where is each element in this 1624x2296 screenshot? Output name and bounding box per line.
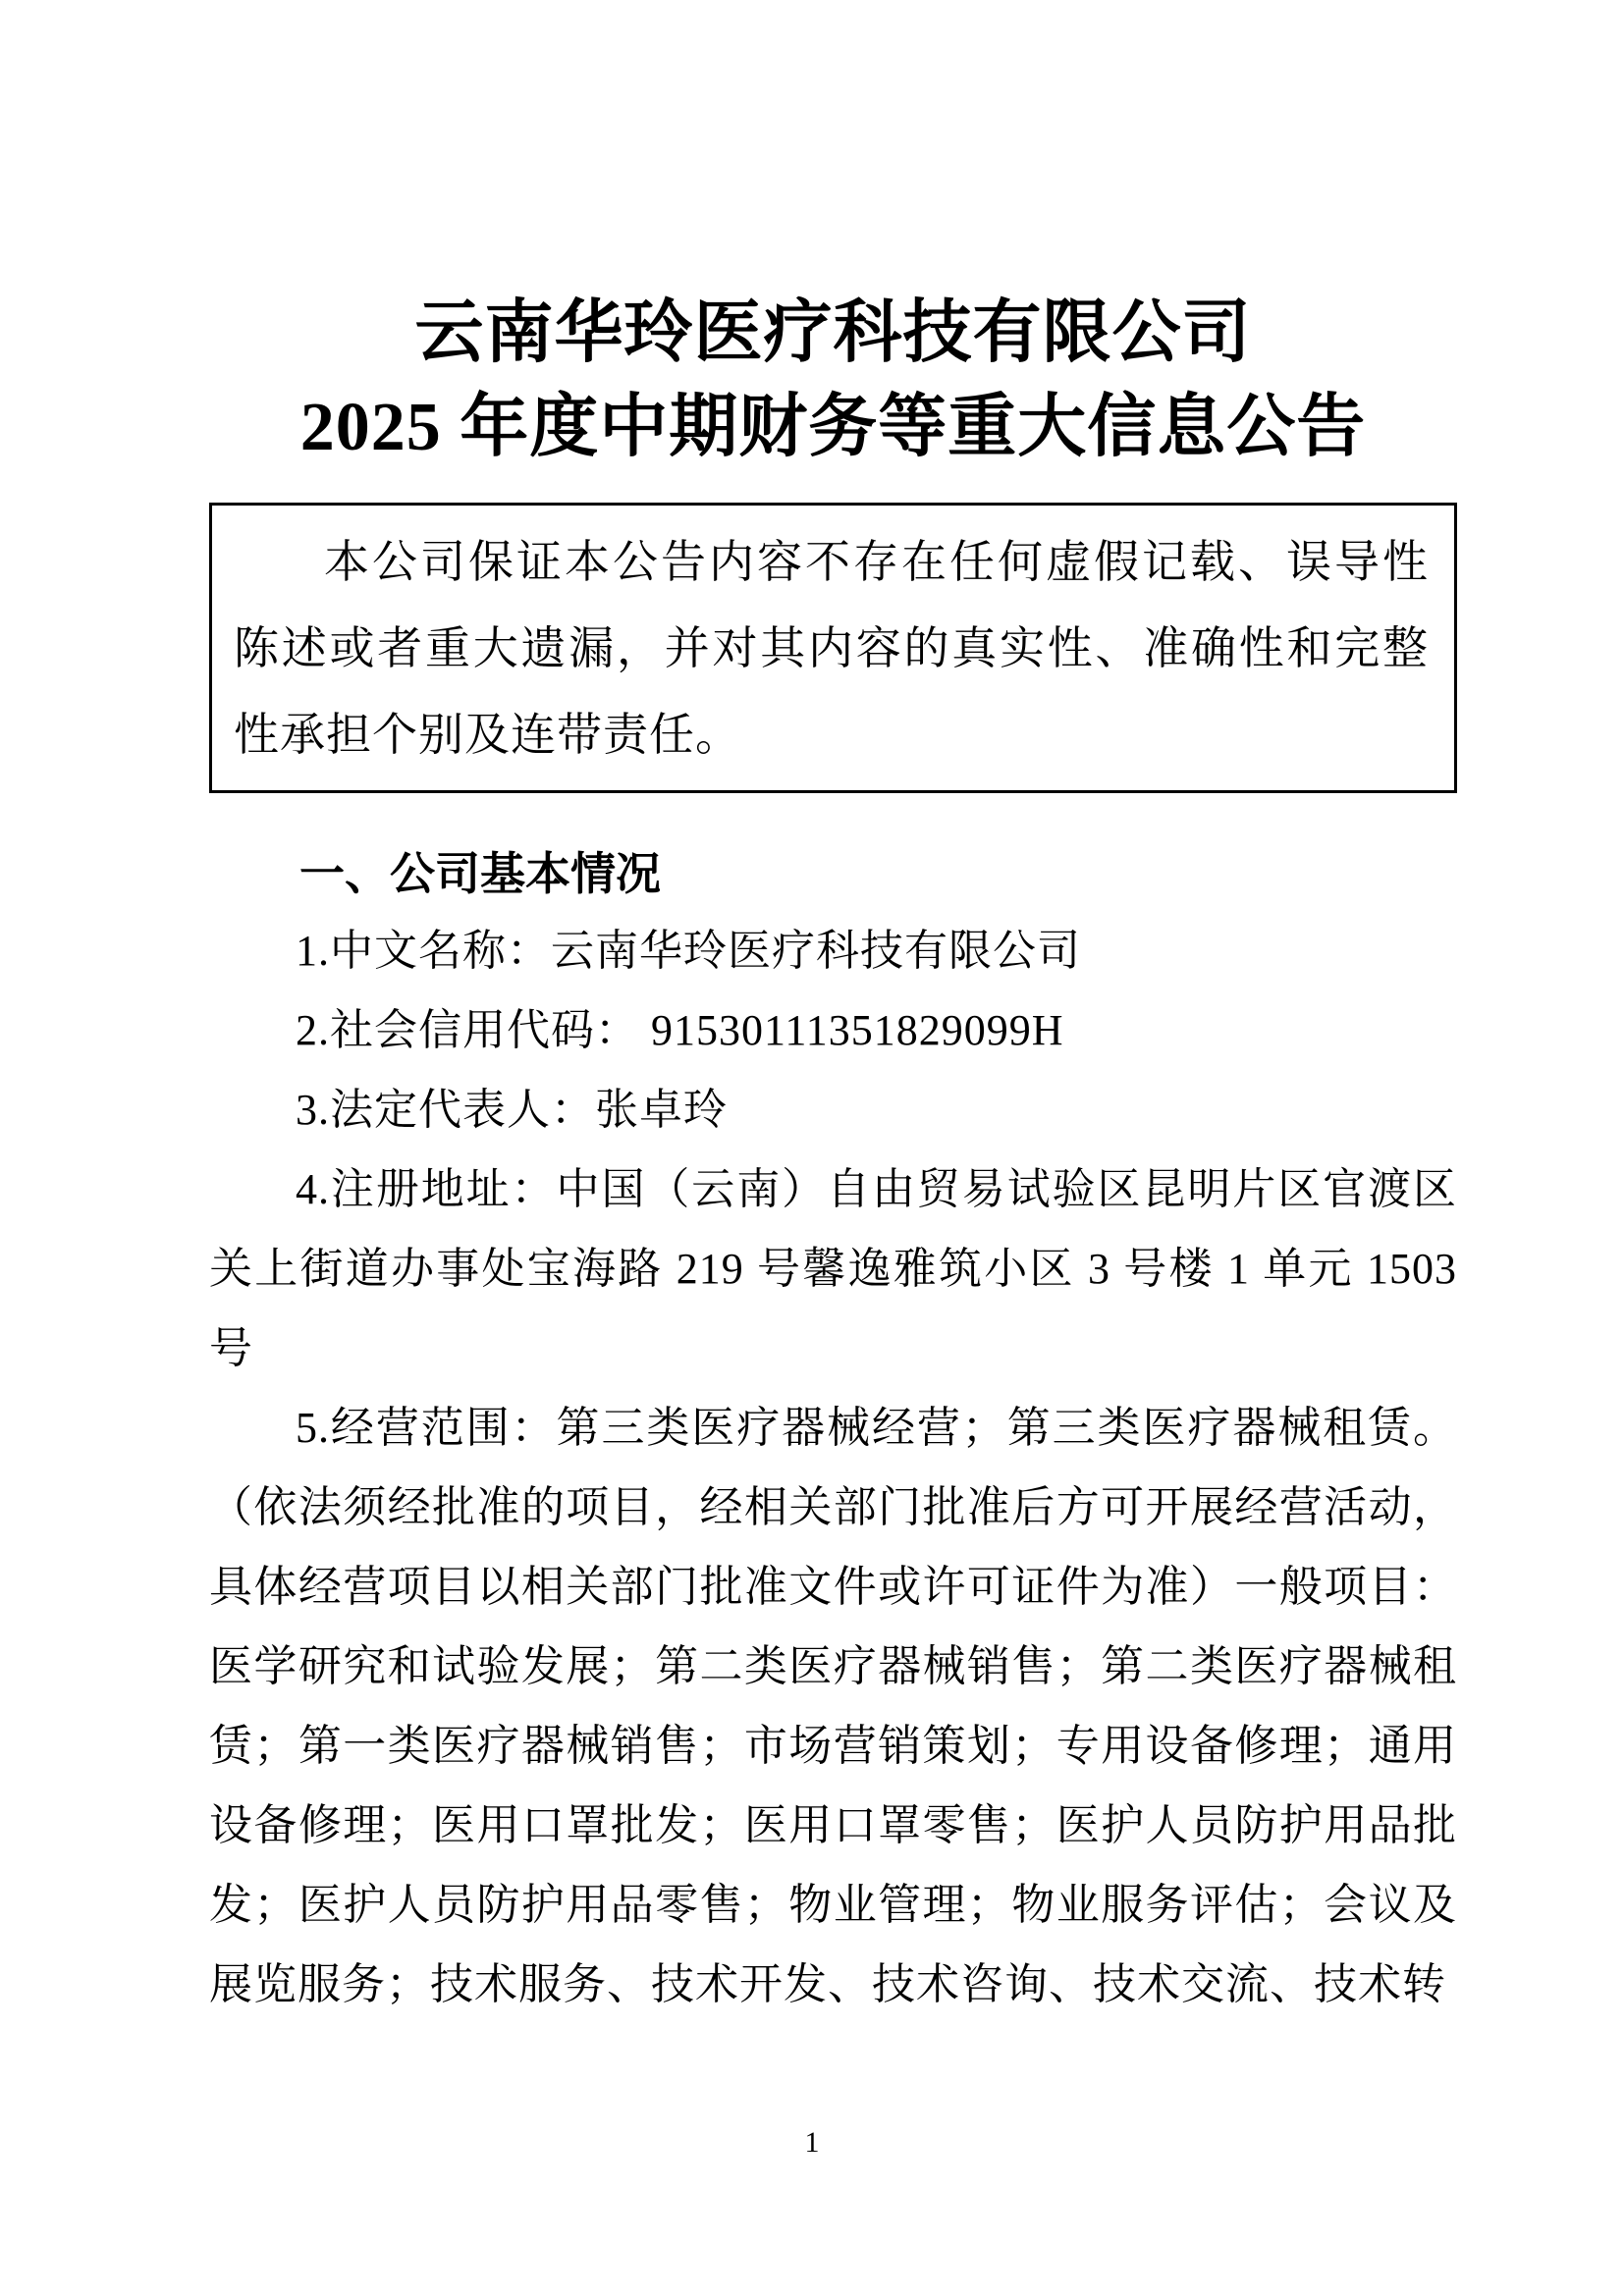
item-business-scope: 5.经营范围：第三类医疗器械经营；第三类医疗器械租赁。（依法须经批准的项目，经相… <box>209 1388 1457 2024</box>
item-chinese-name: 1.中文名称：云南华玲医疗科技有限公司 <box>209 911 1457 990</box>
document-title: 云南华玲医疗科技有限公司 2025 年度中期财务等重大信息公告 <box>209 287 1457 475</box>
item-social-credit-code: 2.社会信用代码： 91530111351829099H <box>209 990 1457 1070</box>
section-heading-company-basic-info: 一、公司基本情况 <box>209 844 1457 903</box>
item-legal-representative: 3.法定代表人：张卓玲 <box>209 1070 1457 1149</box>
disclaimer-box: 本公司保证本公告内容不存在任何虚假记载、误导性陈述或者重大遗漏，并对其内容的真实… <box>209 503 1457 793</box>
document-page: 云南华玲医疗科技有限公司 2025 年度中期财务等重大信息公告 本公司保证本公告… <box>0 0 1624 2296</box>
page-number: 1 <box>805 2126 820 2159</box>
disclaimer-text: 本公司保证本公告内容不存在任何虚假记载、误导性陈述或者重大遗漏，并对其内容的真实… <box>234 519 1429 778</box>
title-line-announcement: 2025 年度中期财务等重大信息公告 <box>209 381 1457 475</box>
title-line-company-name: 云南华玲医疗科技有限公司 <box>209 287 1457 381</box>
page-footer: 1 <box>0 2126 1624 2160</box>
item-registered-address: 4.注册地址：中国（云南）自由贸易试验区昆明片区官渡区关上街道办事处宝海路 21… <box>209 1149 1457 1388</box>
